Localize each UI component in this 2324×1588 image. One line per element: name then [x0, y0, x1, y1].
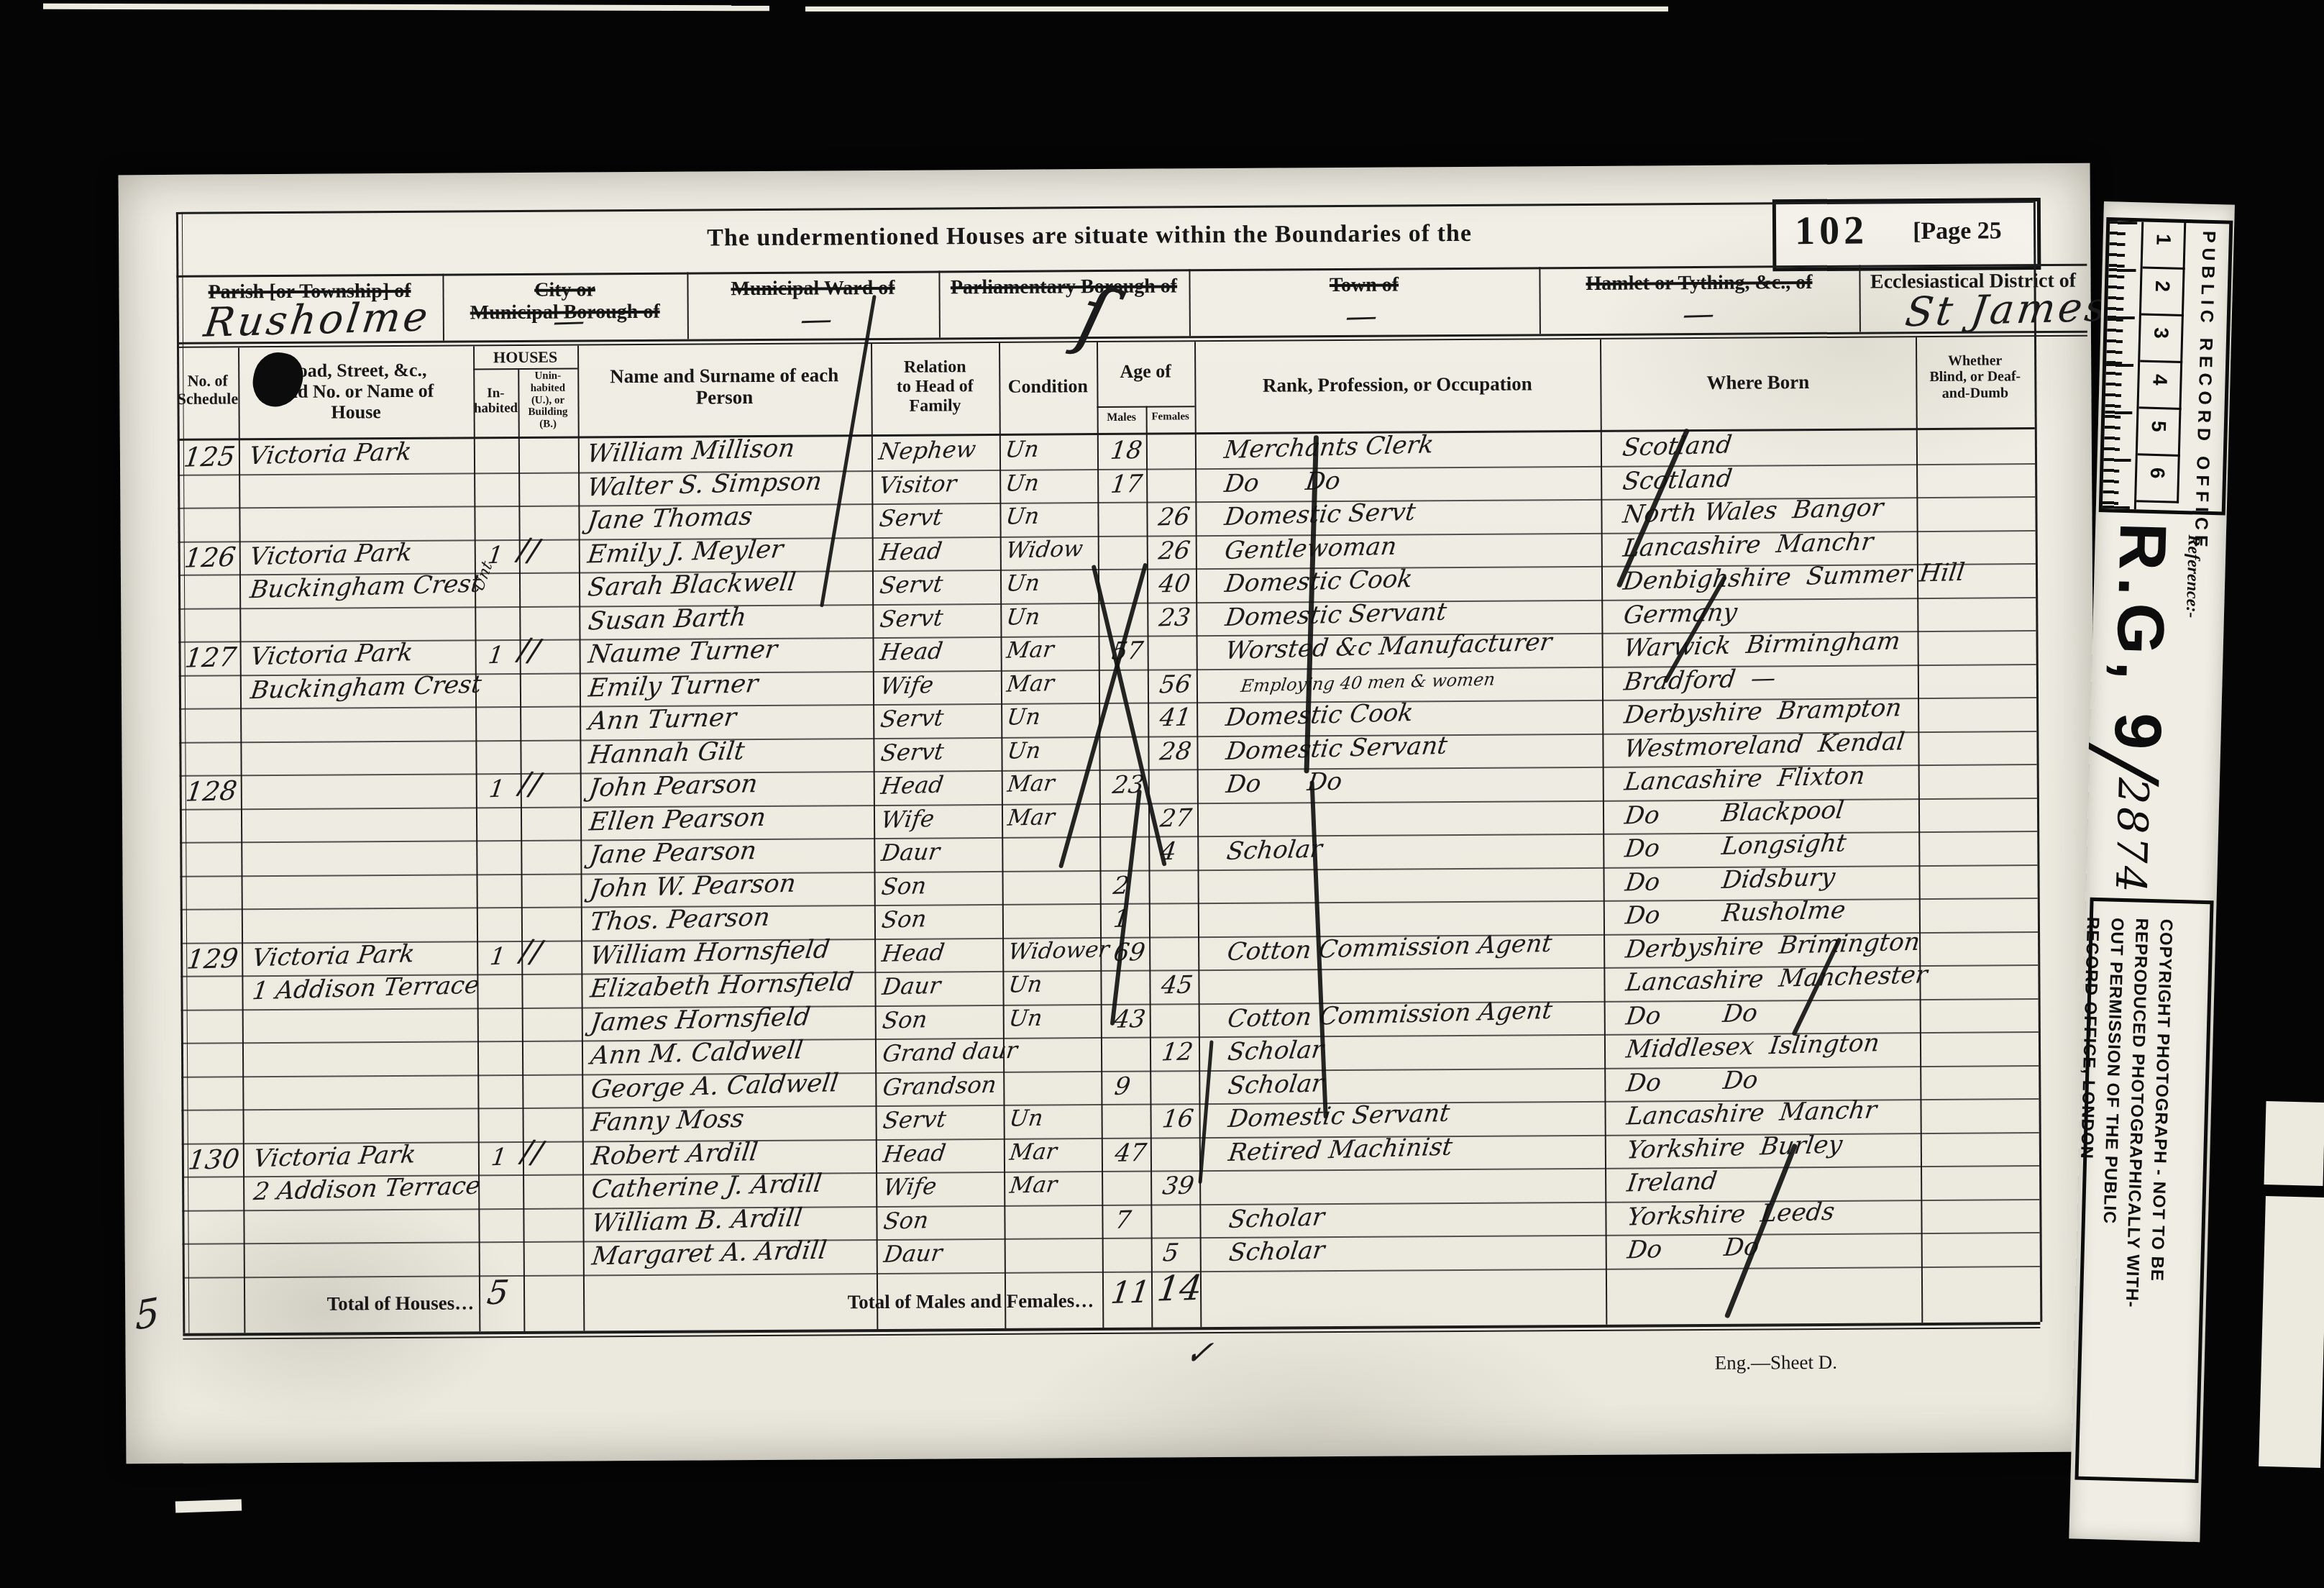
cell-occupation: Domestic Servt — [1223, 498, 1418, 531]
table-grid-lines — [119, 163, 2090, 175]
cell-inhabited: 1 — [488, 941, 507, 970]
ruler-number: 1 — [2151, 234, 2174, 245]
cell-occupation: Scholar — [1226, 1036, 1325, 1067]
column-header-inhabited: In- habited — [473, 368, 518, 416]
cell-female-age: 23 — [1157, 603, 1192, 632]
cell-female-age: 45 — [1160, 971, 1195, 1000]
page-title: The undermentioned Houses are situate wi… — [406, 218, 1772, 254]
cell-name: Fanny Moss — [590, 1105, 746, 1138]
cell-relation: Wife — [879, 805, 936, 834]
cell-occupation: Employing 40 men & women — [1240, 669, 1496, 696]
ruler-cell: 5 — [2138, 409, 2182, 457]
cell-female-age: 41 — [1158, 703, 1193, 733]
cell-relation: Son — [881, 1005, 929, 1034]
cell-name: William B. Ardill — [590, 1203, 804, 1238]
cell-relation: Wife — [879, 671, 935, 700]
column-header-males: Males — [1097, 406, 1146, 424]
cell-inhabited: 1 — [490, 1143, 508, 1172]
cell-name: John Pearson — [587, 770, 759, 803]
location-header-row: Parish [or Township] ofRusholmeCity or M… — [119, 163, 2090, 175]
location-cell: Parliamentary Borough ofſ — [938, 269, 1189, 337]
series-label: R.G, 9 — [2099, 521, 2180, 757]
cell-born: Westmoreland Kendal — [1623, 727, 1907, 764]
location-cell: Municipal Ward of— — [687, 270, 939, 339]
ruler-cell: 2 — [2141, 268, 2185, 316]
cell-household-mark: ∕∕ — [518, 765, 543, 803]
cell-name: James Hornsfield — [589, 1003, 813, 1037]
location-value: — — [1680, 296, 1717, 333]
ruler-number: 3 — [2149, 327, 2172, 339]
cell-condition: Un — [1007, 1005, 1044, 1031]
cell-occupation: Do Do — [1225, 767, 1344, 799]
location-label: Municipal Ward of — [687, 276, 938, 300]
total-males-females-label: Total of Males and Females… — [583, 1290, 1094, 1315]
cell-condition: Un — [1007, 972, 1044, 998]
film-speck — [43, 4, 769, 12]
cell-female-age: 26 — [1157, 502, 1192, 531]
cell-occupation: Domestic Servant — [1227, 1099, 1452, 1133]
total-houses-value: 5 — [485, 1272, 511, 1312]
cell-born: Germany — [1621, 598, 1739, 629]
cell-born: Do Blackpool — [1623, 795, 1846, 830]
cell-name: Elizabeth Hornsfield — [589, 968, 856, 1004]
ruler-cell: 6 — [2136, 455, 2180, 503]
cell-born: Ireland — [1625, 1167, 1719, 1198]
ruler-number: 4 — [2148, 374, 2171, 385]
cell-condition: Widow — [1005, 536, 1084, 564]
cell-name: William Hornsfield — [588, 935, 831, 970]
cell-schedule: 130 — [186, 1144, 241, 1176]
cell-occupation: Retired Machinist — [1227, 1132, 1454, 1167]
column-header-females: Females — [1146, 406, 1195, 423]
film-speck — [2259, 1196, 2324, 1468]
ruler-cell: 4 — [2138, 362, 2182, 410]
cell-household-mark: ∕∕ — [516, 531, 541, 570]
film-speck — [2264, 1101, 2324, 1186]
location-cell: Parish [or Township] ofRusholme — [176, 274, 443, 342]
location-label: Parliamentary Borough of — [938, 275, 1189, 298]
cell-schedule: 129 — [185, 943, 239, 975]
ruler: 123456 PUBLIC RECORD OFFICE — [2099, 217, 2233, 515]
piece-number: 2874 — [2106, 777, 2158, 895]
cell-name: Walter S. Simpson — [585, 467, 823, 502]
cell-born: Do Do — [1626, 1233, 1761, 1265]
cell-occupation: Domestic Servant — [1225, 731, 1450, 765]
cell-born: Lancashire Flixton — [1623, 762, 1867, 797]
cell-street: 1 Addison Terrace — [251, 971, 481, 1006]
cell-occupation: Scholar — [1225, 835, 1324, 867]
cell-name: John W. Pearson — [588, 869, 797, 903]
cell-household-mark: ∕∕ — [517, 631, 542, 670]
cell-name: Ellen Pearson — [587, 803, 767, 837]
location-value: — — [798, 301, 835, 338]
cell-name: Susan Barth — [586, 603, 748, 636]
cell-condition: Un — [1005, 603, 1041, 630]
cell-name: Margaret A. Ardill — [590, 1236, 828, 1272]
location-value: — — [1343, 298, 1380, 335]
cell-male-age: 17 — [1109, 469, 1144, 498]
cell-name: Naume Turner — [587, 635, 779, 669]
location-label: Hamlet or Tything, &c., of — [1539, 271, 1859, 296]
cell-born: Do Do — [1624, 1066, 1760, 1098]
location-cell: Town of— — [1189, 267, 1540, 336]
margin-total-value: 5 — [134, 1289, 160, 1339]
cell-name: Jane Thomas — [586, 502, 754, 535]
cell-male-age: 47 — [1113, 1138, 1148, 1168]
cell-born: Do Do — [1624, 999, 1760, 1031]
cell-street: Victoria Park — [249, 638, 415, 671]
table-body: 125Victoria ParkWilliam MillisonNephewUn… — [119, 163, 2090, 175]
column-header-condition: Condition — [999, 342, 1097, 397]
record-office-label: PUBLIC RECORD OFFICE — [2190, 230, 2219, 552]
cell-name: Ann Turner — [587, 703, 738, 736]
ink-strokes — [119, 163, 2090, 175]
column-header-born: Where Born — [1600, 337, 1916, 394]
cell-relation: Servt — [878, 503, 944, 532]
location-value: Rusholme — [201, 293, 433, 347]
cell-relation: Nephew — [877, 435, 978, 465]
cell-street: Buckingham Crest — [248, 570, 482, 605]
cell-occupation: Do Do — [1222, 466, 1342, 498]
cell-name: Sarah Blackwell — [586, 568, 797, 603]
cell-female-age: 26 — [1157, 536, 1192, 565]
location-cell: Ecclesiastical District ofSt James — [1859, 264, 2087, 332]
cell-born: Middlesex Islington — [1624, 1028, 1881, 1064]
cell-born: Lancashire Manchr — [1625, 1096, 1879, 1131]
cell-born: North Wales Bangor — [1621, 493, 1885, 529]
folio-number: 102 — [1795, 209, 1868, 254]
cell-female-age: 5 — [1161, 1238, 1181, 1268]
cell-relation: Son — [882, 1206, 930, 1235]
cell-relation: Wife — [882, 1172, 938, 1201]
cell-occupation: Scholar — [1226, 1069, 1325, 1100]
cell-female-age: 28 — [1158, 736, 1194, 766]
totals-row: Total of Houses… 5 Total of Males and Fe… — [119, 163, 2090, 175]
cell-relation: Grandson — [881, 1071, 998, 1101]
ruler-number: 2 — [2151, 280, 2174, 292]
cell-condition: Mar — [1006, 804, 1056, 831]
cell-relation: Daur — [881, 972, 943, 1000]
cell-born: Scotland — [1621, 464, 1734, 496]
cell-inhabited: 1 — [488, 775, 506, 803]
cell-relation: Head — [879, 771, 946, 800]
cell-name: Ann M. Caldwell — [589, 1036, 805, 1071]
cell-relation: Daur — [879, 838, 941, 867]
cell-female-age: 16 — [1161, 1105, 1196, 1134]
cell-occupation: Scholar — [1227, 1203, 1327, 1234]
cell-relation: Servt — [878, 570, 944, 599]
location-cell: City or Municipal Borough of— — [442, 273, 687, 341]
cell-relation: Servt — [879, 704, 945, 733]
cell-street: Buckingham Crest — [249, 670, 483, 705]
cell-name: Thos. Pearson — [588, 903, 772, 937]
cell-occupation: Domestic Cook — [1224, 698, 1415, 732]
cell-condition: Widower — [1007, 936, 1111, 965]
cell-born: Derbyshire Brampton — [1622, 693, 1903, 729]
cell-name: Emily J. Meyler — [586, 535, 785, 569]
cell-name: William Millison — [585, 434, 797, 469]
total-males-value: 11 — [1109, 1274, 1152, 1310]
page-number-label: [Page 25 — [1913, 217, 2002, 245]
cell-female-age: 27 — [1158, 803, 1194, 833]
cell-male-age: 43 — [1112, 1005, 1148, 1034]
cell-born: Do Rusholme — [1624, 896, 1847, 931]
cell-condition: Un — [1008, 1105, 1045, 1132]
census-page: The undermentioned Houses are situate wi… — [119, 163, 2098, 1464]
column-header-blind: Whether Blind, or Deaf- and-Dumb — [1916, 337, 2035, 401]
cell-female-age: 40 — [1157, 569, 1192, 598]
cell-occupation: Domestic Servant — [1223, 597, 1448, 631]
cell-occupation: Scholar — [1227, 1236, 1327, 1268]
cell-relation: Servt — [878, 603, 944, 632]
cell-street: 2 Addison Terrace — [252, 1172, 482, 1207]
cell-street: Victoria Park — [250, 939, 416, 972]
cell-relation: Daur — [882, 1239, 944, 1268]
cell-born: Lancashire Manchr — [1621, 527, 1875, 562]
location-cell: Hamlet or Tything, &c., of— — [1539, 265, 1859, 334]
total-females-value: 14 — [1155, 1268, 1204, 1310]
cell-male-age: 9 — [1112, 1072, 1132, 1101]
cell-born: Do Didsbury — [1624, 862, 1837, 897]
cell-occupation: Merchants Clerk — [1222, 430, 1435, 465]
cell-relation: Head — [880, 938, 946, 967]
cell-household-mark: ∕∕ — [520, 1133, 545, 1172]
cell-born: Do Longsight — [1623, 829, 1848, 864]
cell-female-age: 12 — [1160, 1038, 1195, 1067]
ruler-cell: 1 — [2143, 222, 2187, 270]
reference-label: Reference:- — [2182, 534, 2203, 619]
check-mark: ✓ — [1183, 1333, 1216, 1372]
column-header-name: Name and Surname of each Person — [577, 344, 871, 409]
cell-born: Yorkshire Leeds — [1626, 1197, 1836, 1232]
cell-schedule: 126 — [183, 541, 237, 573]
film-speck — [805, 6, 1668, 12]
cell-name: Catherine J. Ardill — [590, 1169, 823, 1205]
cell-condition: Un — [1005, 704, 1042, 731]
cell-occupation: Domestic Cook — [1223, 565, 1414, 598]
cell-condition: Un — [1004, 437, 1040, 463]
cell-condition: Mar — [1005, 636, 1056, 664]
cell-condition: Mar — [1008, 1172, 1058, 1200]
ruler-number: 5 — [2147, 421, 2170, 432]
cell-name: Robert Ardill — [590, 1138, 759, 1171]
cell-relation: Visitor — [877, 470, 958, 499]
copyright-box: COPYRIGHT PHOTOGRAPH - NOT TO BE REPRODU… — [2074, 898, 2213, 1483]
sheet-label: Eng.—Sheet D. — [1715, 1351, 1837, 1374]
ruler-cell: 3 — [2140, 315, 2184, 363]
cell-condition: Un — [1004, 470, 1040, 496]
cell-condition: Mar — [1006, 770, 1056, 798]
cell-relation: Head — [879, 637, 945, 666]
column-header-relation: Relation to Head of Family — [871, 343, 999, 416]
column-header-schedule: No. of Schedule — [177, 347, 239, 408]
cell-female-age: 39 — [1161, 1172, 1196, 1201]
cell-relation: Son — [880, 905, 928, 934]
cell-street: Victoria Park — [252, 1140, 418, 1173]
cell-relation: Head — [878, 537, 944, 565]
cell-born: Bradford — — [1622, 664, 1778, 697]
cell-relation: Servt — [879, 737, 946, 766]
cell-schedule: 127 — [183, 642, 238, 674]
grid-hline — [176, 201, 2033, 214]
column-header-houses: HOUSES — [473, 347, 577, 367]
cell-name: Jane Pearson — [587, 836, 758, 870]
cell-schedule: 125 — [182, 441, 237, 473]
cell-street: Victoria Park — [247, 437, 413, 470]
total-houses-label: Total of Houses… — [244, 1292, 474, 1315]
cell-condition: Un — [1006, 737, 1043, 764]
column-header-occupation: Rank, Profession, or Occupation — [1194, 339, 1600, 397]
cell-female-age: 56 — [1158, 670, 1193, 699]
cell-condition: Un — [1005, 570, 1041, 597]
cell-relation: Son — [880, 872, 928, 900]
cell-relation: Grand daur — [881, 1036, 1019, 1067]
piece-slash: / — [2075, 749, 2176, 780]
location-value: — — [551, 303, 587, 340]
ruler-number: 6 — [2146, 467, 2169, 479]
cell-condition: Mar — [1008, 1138, 1058, 1166]
cell-born: Warwick Birmingham — [1622, 626, 1902, 662]
cell-born: Yorkshire Burley — [1625, 1130, 1844, 1164]
cell-condition: Mar — [1005, 670, 1056, 698]
folio-box: 102 [Page 25 — [1772, 198, 2041, 271]
column-header-age: Age of — [1097, 342, 1194, 382]
cell-male-age: 18 — [1109, 436, 1144, 465]
record-office-strip: 123456 PUBLIC RECORD OFFICE Reference:- … — [2069, 201, 2235, 1542]
table-column-headers: No. of ScheduleRoad, Street, &c., and No… — [119, 163, 2090, 175]
location-value: St James — [1903, 284, 2112, 337]
cell-street: Victoria Park — [248, 538, 414, 571]
cell-relation: Head — [882, 1138, 948, 1167]
cell-name: Emily Turner — [587, 670, 760, 703]
film-speck — [175, 1499, 242, 1512]
cell-inhabited: 1 — [487, 641, 505, 670]
cell-relation: Servt — [882, 1105, 948, 1134]
cell-condition: Un — [1005, 503, 1041, 530]
cell-schedule: 128 — [184, 775, 239, 808]
cell-name: Hannah Gilt — [587, 736, 746, 770]
cell-name: George A. Caldwell — [589, 1069, 840, 1104]
column-header-uninhabited: Unin- habited (U.), or Building (B.) — [518, 368, 578, 430]
cell-household-mark: ∕∕ — [518, 932, 544, 971]
film-frame: The undermentioned Houses are situate wi… — [0, 0, 2324, 1588]
cell-male-age: 7 — [1114, 1205, 1133, 1235]
location-label: Town of — [1189, 273, 1539, 297]
